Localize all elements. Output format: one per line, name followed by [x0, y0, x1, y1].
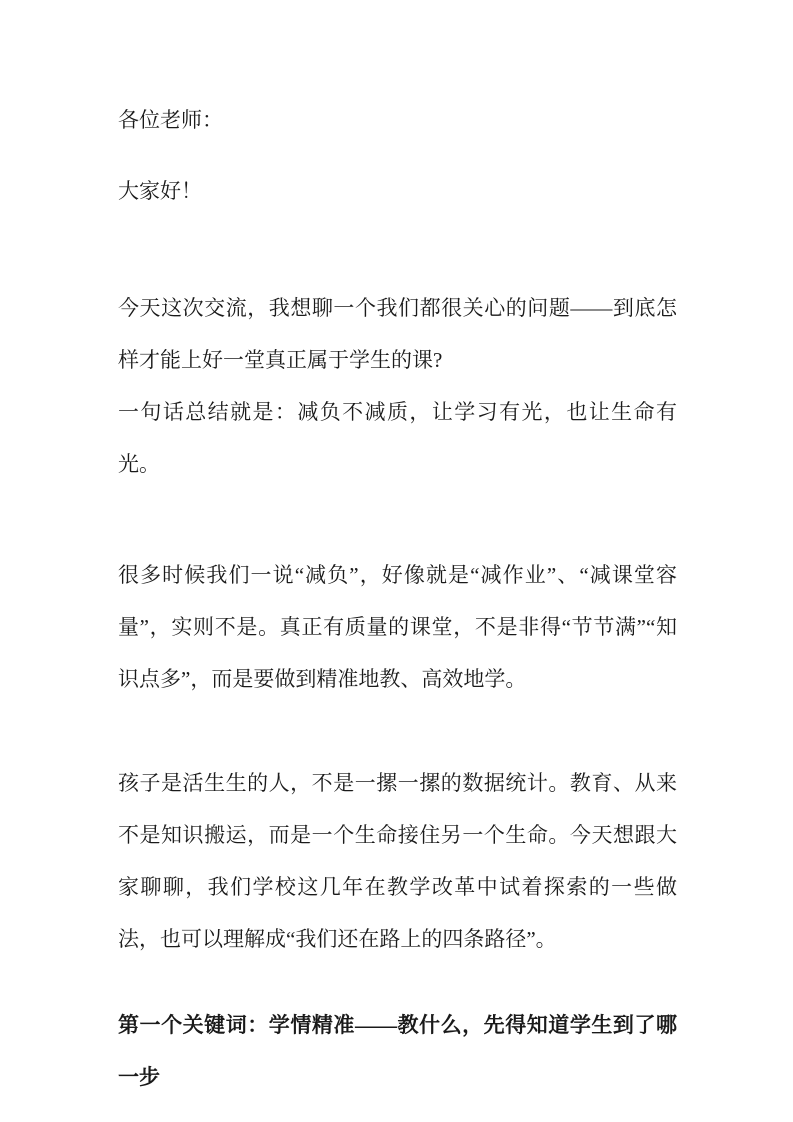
document-content: 各位老师： 大家好！ 今天这次交流，我想聊一个我们都很关心的问题——到底怎样才能… [0, 0, 793, 1103]
keyword-heading-1: 第一个关键词：学情精准——教什么，先得知道学生到了哪一步 [118, 999, 677, 1103]
paragraph-topic-question: 今天这次交流，我想聊一个我们都很关心的问题——到底怎样才能上好一堂真正属于学生的… [118, 282, 677, 386]
salutation-line: 各位老师： [118, 94, 677, 146]
greeting-line: 大家好！ [118, 165, 677, 217]
paragraph-education-philosophy: 孩子是活生生的人，不是一摞一摞的数据统计。教育、从来不是知识搬运，而是一个生命接… [118, 757, 677, 965]
paragraph-summary: 一句话总结就是：减负不减质，让学习有光，也让生命有光。 [118, 386, 677, 490]
paragraph-burden-reduction: 很多时候我们一说“减负”，好像就是“减作业”、“减课堂容量”，实则不是。真正有质… [118, 549, 677, 705]
document-page: 各位老师： 大家好！ 今天这次交流，我想聊一个我们都很关心的问题——到底怎样才能… [0, 0, 793, 1122]
